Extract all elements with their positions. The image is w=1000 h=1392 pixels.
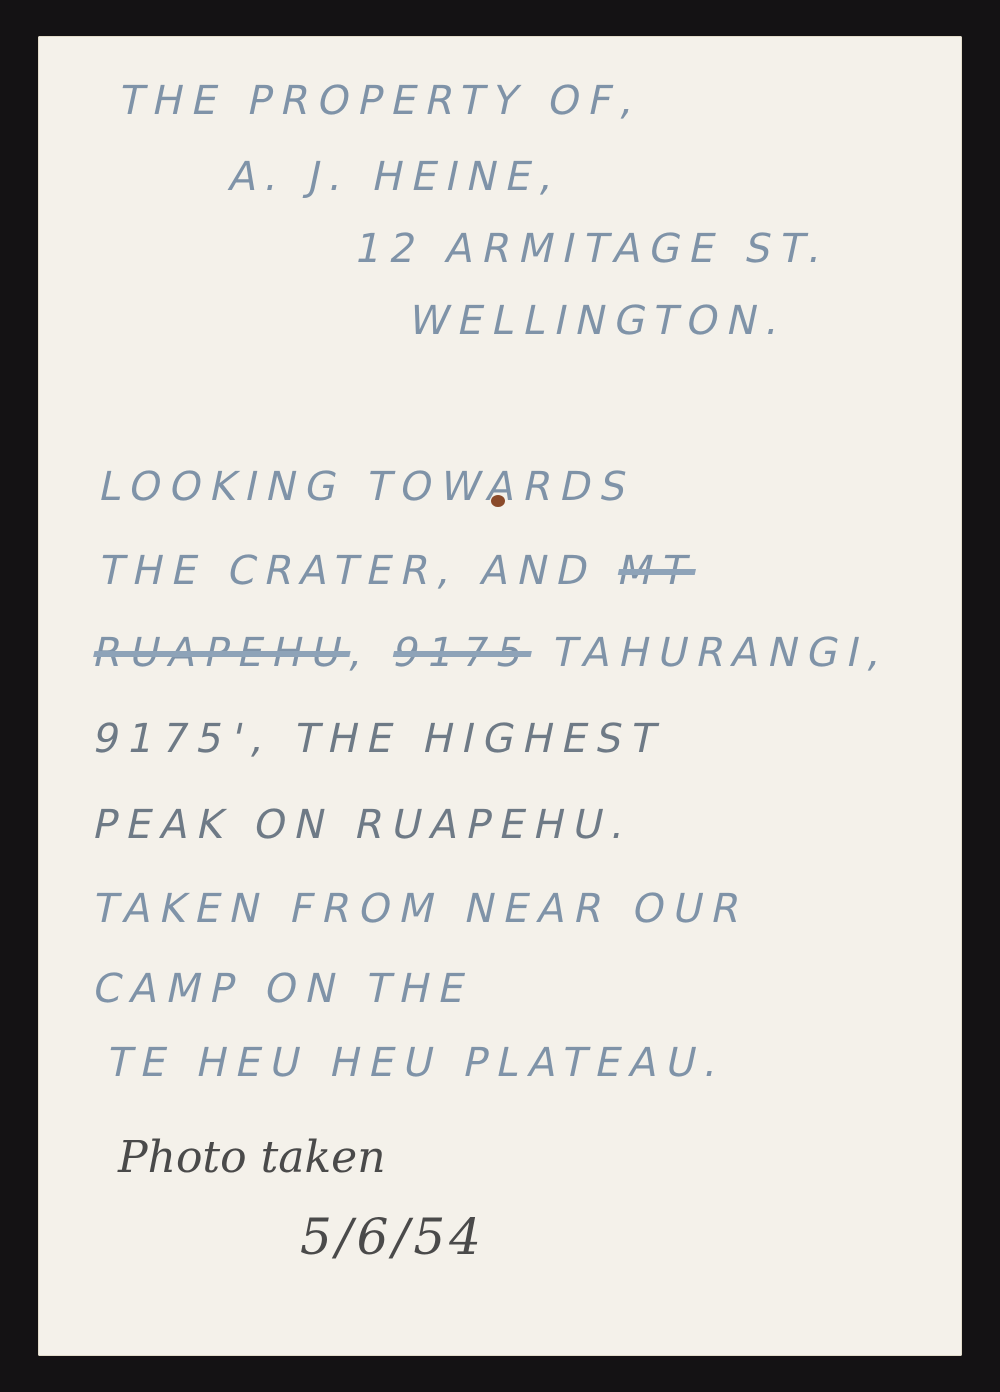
caption-line-6: TAKEN FROM NEAR OUR: [89, 886, 754, 932]
owner-line-2: A. J. HEINE,: [225, 154, 567, 200]
struck-word-ruapehu: RUAPEHU: [89, 630, 355, 676]
caption-line-7: CAMP ON THE: [89, 966, 478, 1012]
caption-line-2-text: THE CRATER, AND: [95, 548, 602, 594]
pencil-note-date: 5/6/54: [300, 1208, 485, 1266]
caption-line-1: LOOKING TOWARDS: [95, 464, 640, 510]
caption-line-2: THE CRATER, AND MT: [95, 548, 700, 594]
caption-line-3: RUAPEHU, 9175 TAHURANGI,: [89, 630, 895, 676]
caption-line-4: 9175', THE HIGHEST: [89, 716, 670, 762]
struck-word-mt: MT: [614, 548, 701, 594]
caption-line-3-text: TAHURANGI,: [548, 630, 895, 676]
caption-line-8: TE HEU HEU PLATEAU.: [103, 1040, 732, 1086]
caption-line-5: PEAK ON RUAPEHU.: [89, 802, 639, 848]
owner-line-4: WELLINGTON.: [405, 298, 793, 344]
pencil-note-label: Photo taken: [118, 1132, 386, 1183]
photo-card-back: THE PROPERTY OF, A. J. HEINE, 12 ARMITAG…: [38, 36, 962, 1356]
owner-line-3: 12 ARMITAGE ST.: [351, 226, 836, 272]
struck-number-9175: 9175: [389, 630, 537, 676]
owner-line-1: THE PROPERTY OF,: [115, 78, 648, 124]
